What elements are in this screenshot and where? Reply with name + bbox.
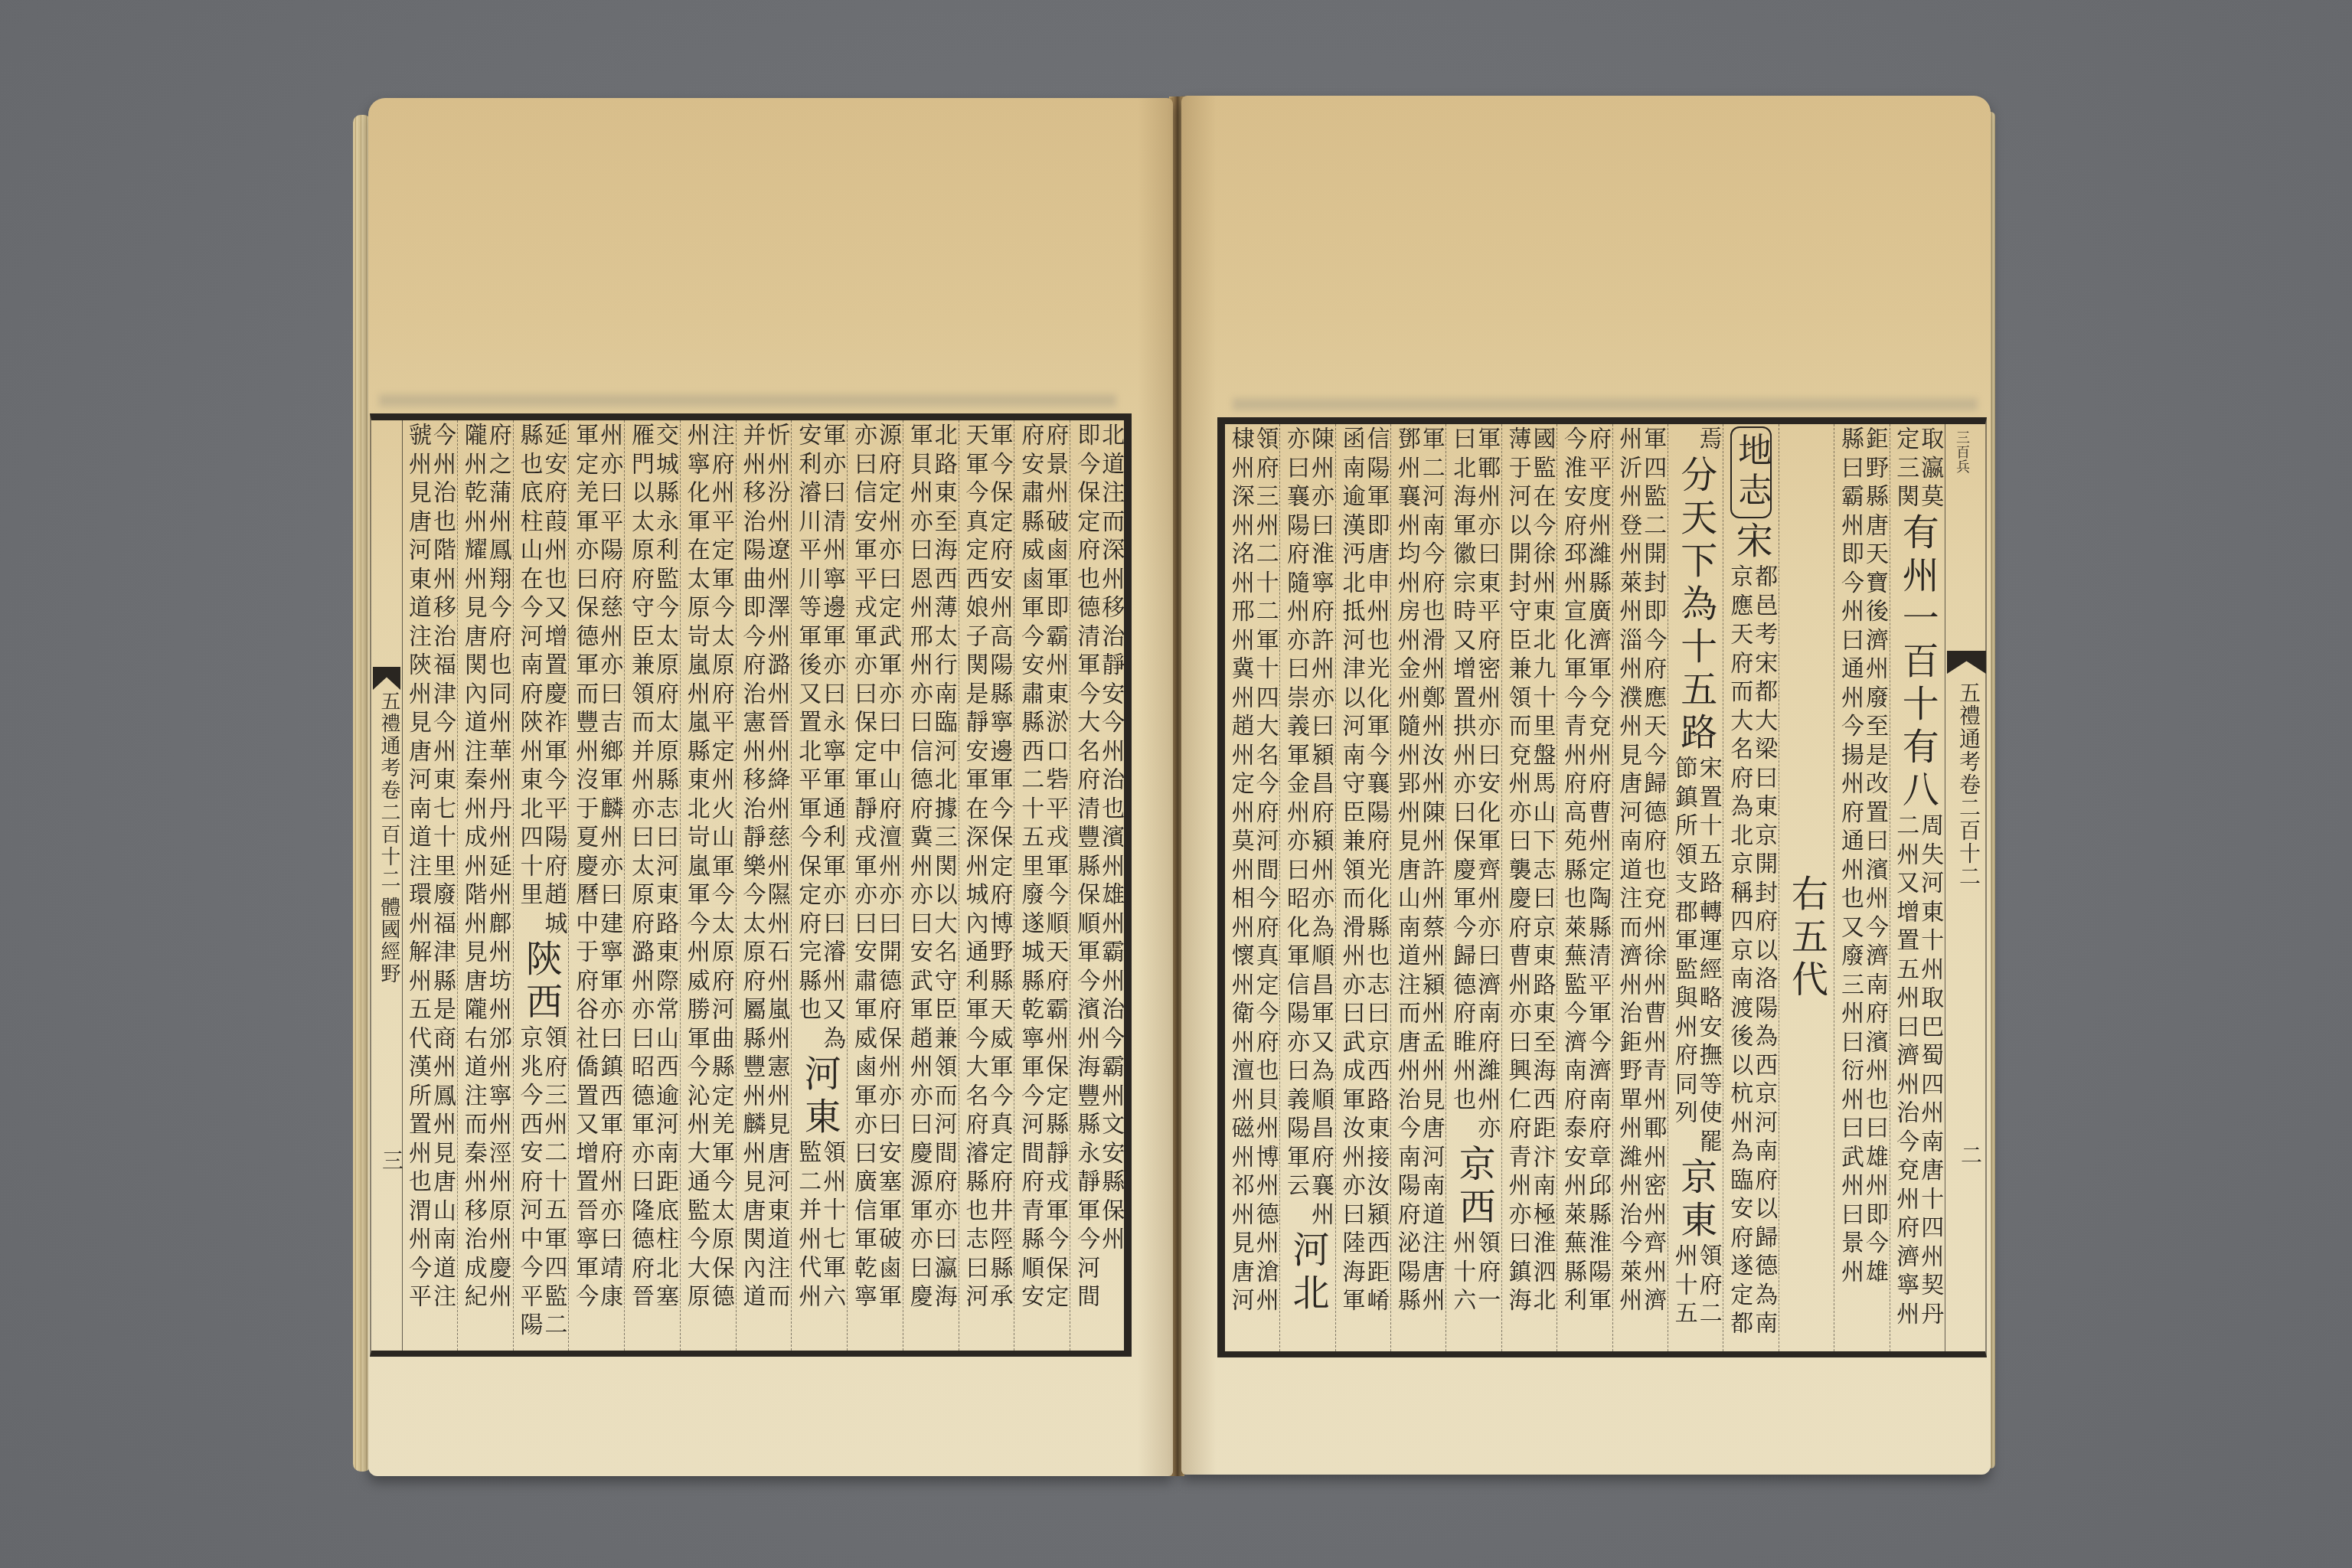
commentary: 領府三州二十二軍十四大名今府河間今府真定今府也貝州博州德州滄州棣州深州洺州邢州冀… (1228, 426, 1277, 1317)
text-column: 焉 分天下為十五路 宋置十五路轉運經略安撫等使罷節鎮所領支郡軍監與州府同列 京東… (1668, 424, 1723, 1351)
book-volume-title: 五禮通考卷二百十二 (377, 691, 400, 890)
commentary-right-line: 州亦曰平陽府慈州亦曰吉鄉軍麟州亦曰建寧軍亦曰鎮西軍府州亦曰靖康 (596, 423, 621, 1313)
commentary-left-line: 安利濬川平川等軍後又置北平軍今保定府完縣也 (795, 423, 819, 1054)
text-column: 府之蒲州鳳翔今府也同州華州丹州延州鄜州坊州邠州寧州涇州原州慶州隴州乾州耀州見唐関… (457, 420, 513, 1351)
commentary-left-line: 州寧化軍在太原岢嵐州嵐縣東北岢嵐軍今州威勝軍今沁州大通監今大原 (684, 423, 708, 1313)
commentary: 府之蒲州鳳翔今府也同州華州丹州延州鄜州坊州邠州寧州涇州原州慶州隴州乾州耀州見唐関… (461, 423, 510, 1313)
commentary-right-line: 國監在今徐州東北九十里盤馬山下志曰京東路東至海西距汴南極淮泗北 (1530, 426, 1554, 1317)
commentary-left-line: 監二并州代州 (795, 1140, 819, 1312)
commentary-left-line: 虢州見唐河東道注陝州見唐河南道注環州解州五代漢所置州也渭州今平 (405, 423, 430, 1313)
commentary-right-line: 領府三州二十二軍十四大名今府河間今府真定今府也貝州博州德州滄州 (1253, 426, 1277, 1317)
running-title: 五禮通考卷二百十二 (1953, 681, 1984, 888)
commentary-left-line: 州沂州登州萊州淄州濮州見唐河南道注而濟州治鉅野單州濰州治今萊州 (1615, 426, 1640, 1317)
heading-jingxi: 京西 (1454, 1145, 1494, 1230)
text-column: 軍亦曰清州寧邊軍亦曰永寧軍通利軍亦曰濬州又為安利濬川平川等軍後又置北平軍今保定府… (791, 420, 847, 1351)
chapter-title: 體國經野 (377, 897, 400, 985)
commentary: 鉅野縣唐天寶後濟州廢至是改置曰濱州今濟南府濱州也曰雄州即今雄縣曰霸州即今州曰通州… (1837, 426, 1886, 1288)
main-text: 有州一百十有八 (1897, 513, 1937, 813)
commentary-right-line: 交城縣永利監今太原府太原縣志曰河東路東際常山西逾河南距底柱北塞 (652, 423, 677, 1313)
commentary: 軍四監二開封即今府應天今歸德府也兗州徐州曹州青州鄆州密州齊州濟州沂州登州萊州淄州… (1615, 426, 1664, 1317)
commentary: 領府二州十五 (1671, 1243, 1720, 1330)
text-column: 取瀛莫定三関 有州一百十有八 周失河東十州取巴蜀四州南唐十四州契丹二州又增置五州… (1890, 424, 1945, 1351)
commentary: 忻州汾州遼州澤州潞州晉州絳州慈州隰州石州嵐州憲州見唐河東道注而并州移治陽曲即今府… (740, 423, 789, 1313)
commentary-right-line: 府景州破鹵軍即霸州東淤口砦平戎軍今順天府霸州保定縣靜戎軍今保定 (1042, 423, 1067, 1313)
commentary-right-line: 領府二 (1696, 1243, 1720, 1330)
commentary-left-line: 曰北海軍徽宗時又增置拱州亦曰保慶軍今歸德府睢州也 (1449, 426, 1474, 1145)
fishtail-mark-icon (1947, 651, 1986, 674)
commentary-right-line: 府平度州濰縣廣濟軍今兗州府曹州定陶縣清平軍今濟南府章邱縣淮陽軍 (1585, 426, 1609, 1317)
commentary-left-line: 二州又增置五州曰濟州治今兗州府濟寧州 (1893, 813, 1917, 1330)
text-column: 右五代 (1779, 424, 1834, 1351)
commentary-right-line: 信陽軍即唐申州也光化軍今襄陽府光化縣也志曰京西路東接汝潁西距崤 (1363, 426, 1387, 1317)
commentary-left-line: 縣曰霸州即今州曰通州今揚州府通州也又廢三州曰衍州曰武州曰景州 (1837, 426, 1862, 1288)
commentary: 軍二河南今府也滑州鄭州汝州陳州許州蔡州潁州孟州見唐河南道注唐州鄧州襄州均州房州金… (1394, 426, 1443, 1317)
commentary-left-line: 亦曰信安軍平戎軍亦曰保定軍靜戎軍亦曰安肅軍威鹵軍亦曰廣信軍乾寧 (851, 423, 875, 1313)
commentary: 延安府葭州也又增置慶祚軍今平陽府趙城縣也底柱山在今河南府陝州東北四十里 (516, 423, 565, 939)
handwritten-note: 三百兵 (1952, 430, 1971, 474)
commentary-right-line: 延安府葭州也又增置慶祚軍今平陽府趙城 (541, 423, 565, 939)
commentary-left-line: 府安肅縣威鹵軍今安肅縣西二十五里廢遂城縣乾寧軍今河間府青縣順安 (1018, 423, 1042, 1313)
text-column: 延安府葭州也又增置慶祚軍今平陽府趙城縣也底柱山在今河南府陝州東北四十里 陝西 領… (513, 420, 569, 1351)
section-end-label: 右五代 (1787, 874, 1827, 1003)
commentary: 領府一州十六 (1449, 1230, 1498, 1317)
left-page: 五禮通考卷二百十二體國經野 三 北道注而深州移治靜安今州治也濱州雄州霸州治今霸州… (368, 98, 1173, 1476)
left-page-columns: 北道注而深州移治靜安今州治也濱州雄州霸州治今霸州文安縣保州即今保定府也德清軍今大… (402, 420, 1125, 1351)
commentary-right-line: 宋置十五路轉運經略安撫等使罷 (1696, 756, 1720, 1158)
commentary: 源府定州亦曰定武軍亦曰中山府澶州亦曰開德府保州亦曰安塞軍破鹵軍亦曰信安軍平戎軍亦… (851, 423, 900, 1313)
commentary: 軍今保定府安州高陽縣寧邊軍今保定府博野縣天威軍今真定府井陘縣承天軍今真定西娘子関… (962, 423, 1011, 1313)
commentary-right-line: 焉 (1696, 426, 1720, 456)
commentary: 信陽軍即唐申州也光化軍今襄陽府光化縣也志曰京西路東接汝潁西距崤函南逾漢沔北抵河津… (1338, 426, 1387, 1317)
commentary: 交城縣永利監今太原府太原縣志曰河東路東際常山西逾河南距底柱北塞雁門以太原府守臣兼… (628, 423, 677, 1313)
commentary-right-line: 府之蒲州鳳翔今府也同州華州丹州延州鄜州坊州邠州寧州涇州原州慶州 (485, 423, 510, 1313)
commentary-right-line: 北路東至海西薄太行南臨河北據三関以大名守臣兼領而河間府亦曰瀛海 (931, 423, 955, 1313)
commentary: 府平度州濰縣廣濟軍今兗州府曹州定陶縣清平軍今濟南府章邱縣淮陽軍今淮安府邳州宣化軍… (1560, 426, 1609, 1317)
commentary-left-line: 棣州深州洺州邢州冀州趙州定州莫州相州懷州衛州澶州磁州祁州見唐河 (1228, 426, 1253, 1317)
commentary-right-line: 取瀛莫 (1917, 426, 1942, 513)
commentary-left-line: 隴州乾州耀州見唐関內道注秦州成州階州見唐隴右道注而秦州移治成紀 (461, 423, 485, 1313)
text-column: 陳州亦曰淮寧府許州亦曰潁昌府潁州亦為順昌軍又為順昌府襄州亦曰襄陽府隨州亦曰崇義軍… (1279, 424, 1334, 1351)
text-column: 國監在今徐州東北九十里盤馬山下志曰京東路東至海西距汴南極淮泗北薄于河以開封守臣兼… (1501, 424, 1557, 1351)
commentary: 北路東至海西薄太行南臨河北據三関以大名守臣兼領而河間府亦曰瀛海軍貝州亦曰恩州邢州… (906, 423, 955, 1313)
right-page: 取瀛莫定三関 有州一百十有八 周失河東十州取巴蜀四州南唐十四州契丹二州又增置五州… (1181, 96, 1991, 1475)
commentary: 取瀛莫定三関 (1893, 426, 1942, 513)
commentary-left-line: 州十六 (1449, 1230, 1474, 1317)
left-page-text-frame: 五禮通考卷二百十二體國經野 三 北道注而深州移治靜安今州治也濱州雄州霸州治今霸州… (370, 413, 1132, 1357)
text-column: 地志 宋 都邑考宋都大梁曰東京開封府以洛陽為西京河南府以歸德為南京應天府而大名府… (1723, 424, 1778, 1351)
text-column: 交城縣永利監今太原府太原縣志曰河東路東際常山西逾河南距底柱北塞雁門以太原府守臣兼… (624, 420, 680, 1351)
commentary-left-line: 定三関 (1893, 426, 1917, 513)
commentary-left-line: 鄧州襄州均州房州金州隨州郢州見唐山南道注而唐州治今南陽府泌陽縣 (1394, 426, 1419, 1317)
heading-hedong: 河東 (799, 1054, 839, 1140)
right-page-columns: 取瀛莫定三関 有州一百十有八 周失河東十州取巴蜀四州南唐十四州契丹二州又增置五州… (1225, 424, 1945, 1351)
text-column: 北路東至海西薄太行南臨河北據三関以大名守臣兼領而河間府亦曰瀛海軍貝州亦曰恩州邢州… (903, 420, 959, 1351)
commentary-right-line: 領府一 (1474, 1230, 1498, 1317)
text-column: 信陽軍即唐申州也光化軍今襄陽府光化縣也志曰京西路東接汝潁西距崤函南逾漢沔北抵河津… (1335, 424, 1390, 1351)
running-title: 五禮通考卷二百十二體國經野 (375, 691, 403, 985)
commentary-right-line: 軍四監二開封即今府應天今歸德府也兗州徐州曹州青州鄆州密州齊州濟 (1640, 426, 1664, 1317)
commentary-right-line: 軍今保定府安州高陽縣寧邊軍今保定府博野縣天威軍今真定府井陘縣承 (987, 423, 1011, 1313)
heading-song: 宋 (1731, 521, 1771, 564)
commentary-right-line: 軍亦曰清州寧邊軍亦曰永寧軍通利軍亦曰濬州又為 (819, 423, 844, 1054)
text-column: 領府三州二十二軍十四大名今府河間今府真定今府也貝州博州德州滄州棣州深州洺州邢州冀… (1225, 424, 1279, 1351)
text-column: 鉅野縣唐天寶後濟州廢至是改置曰濱州今濟南府濱州也曰雄州即今雄縣曰霸州即今州曰通州… (1834, 424, 1889, 1351)
text-column: 注府州平定軍今太原府平定州火山軍今太原府河曲縣定羌軍今太原保德州寧化軍在太原岢嵐… (680, 420, 736, 1351)
commentary-left-line: 軍貝州亦曰恩州邢州亦曰信德府冀州亦曰安武軍趙州亦曰慶源軍亦曰慶 (906, 423, 931, 1313)
text-column: 軍四監二開封即今府應天今歸德府也兗州徐州曹州青州鄆州密州齊州濟州沂州登州萊州淄州… (1612, 424, 1668, 1351)
commentary-right-line: 北道注而深州移治靜安今州治也濱州雄州霸州治今霸州文安縣保州 (1098, 423, 1122, 1313)
commentary: 領州十七軍六監二并州代州 (795, 1140, 844, 1312)
text-column: 忻州汾州遼州澤州潞州晉州絳州慈州隰州石州嵐州憲州見唐河東道注而并州移治陽曲即今府… (736, 420, 792, 1351)
commentary-left-line (1671, 426, 1696, 456)
commentary-right-line: 今州治也階州移治福津今州東七十里廢福津縣是商州鳳州見唐山南道注 (430, 423, 454, 1313)
commentary: 都邑考宋都大梁曰東京開封府以洛陽為西京河南府以歸德為南京應天府而大名府為北京稱四… (1726, 564, 1775, 1340)
right-page-text-frame: 取瀛莫定三関 有州一百十有八 周失河東十州取巴蜀四州南唐十四州契丹二州又增置五州… (1217, 417, 1987, 1357)
commentary: 注府州平定軍今太原府平定州火山軍今太原府河曲縣定羌軍今太原保德州寧化軍在太原岢嵐… (684, 423, 733, 1313)
commentary-left-line: 縣也底柱山在今河南府陝州東北四十里 (516, 423, 541, 939)
commentary: 陳州亦曰淮寧府許州亦曰潁昌府潁州亦為順昌軍又為順昌府襄州亦曰襄陽府隨州亦曰崇義軍… (1283, 426, 1332, 1230)
heading-hebei: 河北 (1288, 1230, 1328, 1316)
commentary-left-line: 即今保定府也德清軍今大名府清豐縣保順軍今濱州海豐縣永靜軍今河間 (1073, 423, 1098, 1313)
commentary: 宋置十五路轉運經略安撫等使罷節鎮所領支郡軍監與州府同列 (1671, 756, 1720, 1158)
commentary-left-line: 薄于河以開封守臣兼領而兗州亦曰襲慶府曹州亦曰興仁府青州亦曰鎮海 (1505, 426, 1530, 1317)
commentary: 軍亦曰清州寧邊軍亦曰永寧軍通利軍亦曰濬州又為安利濬川平川等軍後又置北平軍今保定府… (795, 423, 844, 1054)
commentary-right-line: 周失河東十州取巴蜀四州南唐十四州契丹 (1917, 813, 1942, 1330)
commentary-right-line: 領府三州二十五軍四監二 (541, 1025, 565, 1341)
text-column: 今州治也階州移治福津今州東七十里廢福津縣是商州鳳州見唐山南道注虢州見唐河東道注陝… (402, 420, 457, 1351)
text-column: 州亦曰平陽府慈州亦曰吉鄉軍麟州亦曰建寧軍亦曰鎮西軍府州亦曰靖康軍定羌軍亦曰保德軍… (568, 420, 624, 1351)
text-column: 府平度州濰縣廣濟軍今兗州府曹州定陶縣清平軍今濟南府章邱縣淮陽軍今淮安府邳州宣化軍… (1557, 424, 1612, 1351)
commentary-left-line: 京應天府而大名府為北京稱四京南渡後以杭州為臨安府遂定都 (1726, 564, 1751, 1340)
commentary-left-line: 天軍今真定西娘子関是靜安軍在深州城內通利軍今大名府濬縣也志曰河 (962, 423, 987, 1313)
commentary-left-line: 雁門以太原府守臣兼領而并州亦曰太原府潞州亦曰昭德軍亦曰隆德府晉 (628, 423, 652, 1313)
commentary: 州亦曰平陽府慈州亦曰吉鄉軍麟州亦曰建寧軍亦曰鎮西軍府州亦曰靖康軍定羌軍亦曰保德軍… (572, 423, 621, 1313)
right-page-center-margin: 三百兵 五禮通考卷二百十二 二 (1945, 424, 1988, 1351)
commentary-left-line: 節鎮所領支郡軍監與州府同列 (1671, 756, 1696, 1158)
text-column: 府景州破鹵軍即霸州東淤口砦平戎軍今順天府霸州保定縣靜戎軍今保定府安肅縣威鹵軍今安… (1014, 420, 1070, 1351)
commentary: 領府三州二十五軍四監二京兆今西安府河中今平陽 (516, 1025, 565, 1341)
text-column: 源府定州亦曰定武軍亦曰中山府澶州亦曰開德府保州亦曰安塞軍破鹵軍亦曰信安軍平戎軍亦… (847, 420, 903, 1351)
commentary-right-line: 都邑考宋都大梁曰東京開封府以洛陽為西京河南府以歸德為南 (1751, 564, 1775, 1340)
commentary: 周失河東十州取巴蜀四州南唐十四州契丹二州又增置五州曰濟州治今兗州府濟寧州 (1893, 813, 1942, 1330)
commentary: 焉 (1671, 426, 1720, 456)
commentary-left-line: 軍定羌軍亦曰保德軍而豐州沒于夏慶曆中于府谷社僑置又增置晉寧軍今 (572, 423, 596, 1313)
page-number: 二 (1955, 1144, 1985, 1165)
commentary: 北道注而深州移治靜安今州治也濱州雄州霸州治今霸州文安縣保州即今保定府也德清軍今大… (1073, 423, 1122, 1313)
commentary-right-line: 領州十七軍六 (819, 1140, 844, 1312)
text-column: 軍今保定府安州高陽縣寧邊軍今保定府博野縣天威軍今真定府井陘縣承天軍今真定西娘子関… (959, 420, 1014, 1351)
commentary-right-line: 注府州平定軍今太原府平定州火山軍今太原府河曲縣定羌軍今太原保德 (708, 423, 733, 1313)
commentary-right-line: 源府定州亦曰定武軍亦曰中山府澶州亦曰開德府保州亦曰安塞軍破鹵軍 (875, 423, 900, 1313)
commentary-left-line: 亦曰襄陽府隨州亦曰崇義軍金州亦曰昭化軍信陽亦曰義陽軍云 (1283, 426, 1308, 1230)
commentary-left-line: 函南逾漢沔北抵河津以河南守臣兼領而滑州亦曰武成軍汝州亦曰陸海軍 (1338, 426, 1363, 1317)
text-column: 軍二河南今府也滑州鄭州汝州陳州許州蔡州潁州孟州見唐河南道注唐州鄧州襄州均州房州金… (1390, 424, 1445, 1351)
commentary: 府景州破鹵軍即霸州東淤口砦平戎軍今順天府霸州保定縣靜戎軍今保定府安肅縣威鹵軍今安… (1018, 423, 1067, 1313)
heading-shaanxi: 陝西 (521, 939, 560, 1025)
commentary: 軍鄆州亦曰東平府密州亦曰安化軍齊州亦曰濟南府濰州亦曰北海軍徽宗時又增置拱州亦曰保… (1449, 426, 1498, 1145)
commentary-left-line: 并州移治陽曲即今府治憲州移治靜樂今太原府屬縣豐州麟州見唐関內道 (740, 423, 764, 1313)
heading-jingdong: 京東 (1676, 1158, 1716, 1243)
main-text: 分天下為十五路 (1676, 456, 1716, 756)
left-page-center-margin: 五禮通考卷二百十二體國經野 三 (371, 420, 403, 1351)
commentary-right-line: 鉅野縣唐天寶後濟州廢至是改置曰濱州今濟南府濱州也曰雄州即今雄 (1862, 426, 1886, 1288)
fishtail-mark-icon (373, 667, 400, 690)
boxed-source-label: 地志 (1730, 426, 1772, 518)
commentary-right-line: 軍二河南今府也滑州鄭州汝州陳州許州蔡州潁州孟州見唐河南道注唐州 (1419, 426, 1443, 1317)
commentary-left-line: 州十五 (1671, 1243, 1696, 1330)
text-column: 北道注而深州移治靜安今州治也濱州雄州霸州治今霸州文安縣保州即今保定府也德清軍今大… (1070, 420, 1125, 1351)
commentary-left-line: 京兆今西安府河中今平陽 (516, 1025, 541, 1341)
commentary: 今州治也階州移治福津今州東七十里廢福津縣是商州鳳州見唐山南道注虢州見唐河東道注陝… (405, 423, 454, 1313)
commentary-right-line: 陳州亦曰淮寧府許州亦曰潁昌府潁州亦為順昌軍又為順昌府襄州 (1308, 426, 1332, 1230)
commentary-right-line: 軍鄆州亦曰東平府密州亦曰安化軍齊州亦曰濟南府濰州亦 (1474, 426, 1498, 1145)
commentary-right-line: 忻州汾州遼州澤州潞州晉州絳州慈州隰州石州嵐州憲州見唐河東道注而 (764, 423, 789, 1313)
commentary: 國監在今徐州東北九十里盤馬山下志曰京東路東至海西距汴南極淮泗北薄于河以開封守臣兼… (1505, 426, 1554, 1317)
commentary-left-line: 今淮安府邳州宣化軍今青州府高苑縣也萊蕪監今濟南府泰安州萊蕪縣利 (1560, 426, 1585, 1317)
text-column: 軍鄆州亦曰東平府密州亦曰安化軍齊州亦曰濟南府濰州亦曰北海軍徽宗時又增置拱州亦曰保… (1445, 424, 1501, 1351)
